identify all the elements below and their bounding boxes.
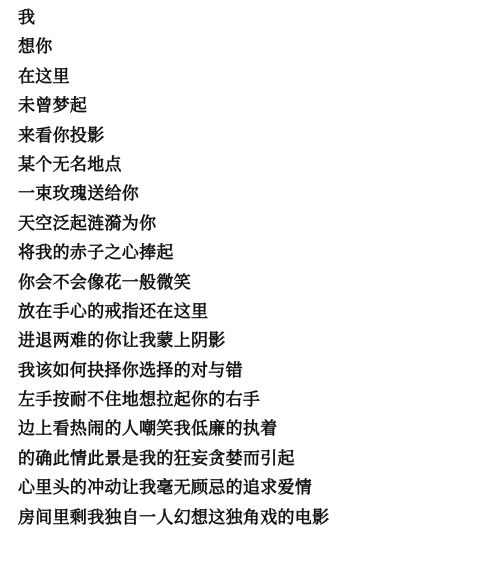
lyric-line: 放在手心的戒指还在这里	[18, 298, 329, 327]
lyric-line: 心里头的冲动让我毫无顾忌的追求爱情	[18, 474, 329, 503]
lyric-line: 边上看热闹的人嘲笑我低廉的执着	[18, 415, 329, 444]
lyric-line: 你会不会像花一般微笑	[18, 269, 329, 298]
lyric-line: 左手按耐不住地想拉起你的右手	[18, 386, 329, 415]
lyric-line: 未曾梦起	[18, 92, 329, 121]
lyric-line: 我该如何抉择你选择的对与错	[18, 357, 329, 386]
lyrics-text-block: 我 想你 在这里 未曾梦起 来看你投影 某个无名地点 一束玫瑰送给你 天空泛起涟…	[18, 4, 329, 533]
lyric-line: 某个无名地点	[18, 151, 329, 180]
lyric-line: 房间里剩我独自一人幻想这独角戏的电影	[18, 504, 329, 533]
lyric-line: 天空泛起涟漪为你	[18, 210, 329, 239]
lyric-line: 在这里	[18, 63, 329, 92]
lyric-line: 我	[18, 4, 329, 33]
lyric-line: 想你	[18, 33, 329, 62]
lyric-line: 的确此情此景是我的狂妄贪婪而引起	[18, 445, 329, 474]
lyric-line: 一束玫瑰送给你	[18, 180, 329, 209]
lyric-line: 将我的赤子之心捧起	[18, 239, 329, 268]
lyric-line: 来看你投影	[18, 122, 329, 151]
lyric-line: 进退两难的你让我蒙上阴影	[18, 327, 329, 356]
